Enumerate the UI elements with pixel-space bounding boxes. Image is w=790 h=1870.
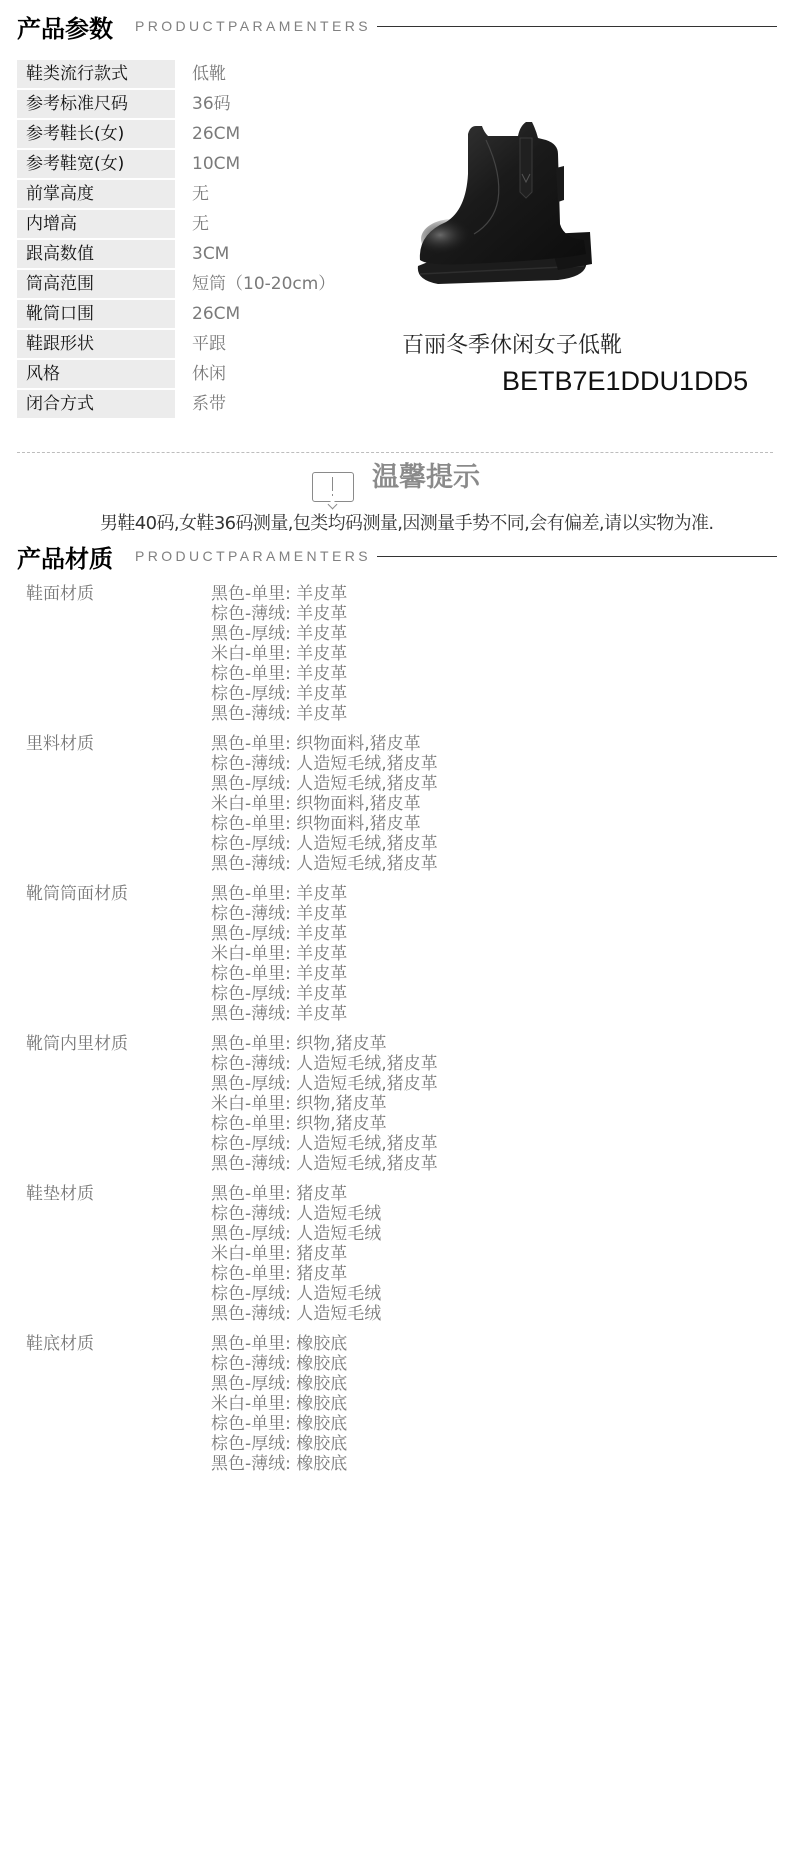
product-name: 百丽冬季休闲女子低靴 bbox=[402, 328, 622, 359]
section-title: 产品参数 bbox=[17, 9, 113, 44]
param-key: 风格 bbox=[17, 360, 175, 388]
material-value: 棕色-单里: 织物,猪皮革 bbox=[211, 1114, 438, 1134]
list-item: 里料材质 黑色-单里: 织物面料,猪皮革 棕色-薄绒: 人造短毛绒,猪皮革 黑色… bbox=[26, 734, 626, 874]
table-row: 参考鞋宽(女)10CM bbox=[17, 150, 377, 178]
material-values: 黑色-单里: 织物面料,猪皮革 棕色-薄绒: 人造短毛绒,猪皮革 黑色-厚绒: … bbox=[211, 734, 438, 874]
material-value: 棕色-薄绒: 羊皮革 bbox=[211, 904, 347, 924]
section-header-params: 产品参数 PRODUCTPARAMENTERS bbox=[17, 8, 777, 44]
material-value: 黑色-薄绒: 人造短毛绒,猪皮革 bbox=[211, 854, 438, 874]
material-label: 鞋底材质 bbox=[26, 1334, 211, 1474]
param-key: 闭合方式 bbox=[17, 390, 175, 418]
notice-title: 温馨提示 bbox=[372, 455, 480, 494]
material-label: 鞋垫材质 bbox=[26, 1184, 211, 1324]
material-value: 棕色-薄绒: 人造短毛绒,猪皮革 bbox=[211, 754, 438, 774]
bubble-tail bbox=[328, 500, 338, 510]
section-title: 产品材质 bbox=[17, 539, 113, 574]
material-value: 棕色-厚绒: 人造短毛绒 bbox=[211, 1284, 381, 1304]
material-value: 黑色-厚绒: 羊皮革 bbox=[211, 924, 347, 944]
param-value: 10CM bbox=[175, 150, 240, 178]
material-label: 靴筒筒面材质 bbox=[26, 884, 211, 1024]
material-value: 棕色-单里: 橡胶底 bbox=[211, 1414, 347, 1434]
table-row: 前掌高度无 bbox=[17, 180, 377, 208]
notice-text: 男鞋40码,女鞋36码测量,包类均码测量,因测量手势不同,会有偏差,请以实物为准… bbox=[100, 509, 714, 535]
section-subtitle: PRODUCTPARAMENTERS bbox=[135, 18, 371, 34]
param-key: 跟高数值 bbox=[17, 240, 175, 268]
material-value: 黑色-厚绒: 人造短毛绒,猪皮革 bbox=[211, 1074, 438, 1094]
list-item: 鞋垫材质 黑色-单里: 猪皮革 棕色-薄绒: 人造短毛绒 黑色-厚绒: 人造短毛… bbox=[26, 1184, 626, 1324]
param-key: 筒高范围 bbox=[17, 270, 175, 298]
material-value: 棕色-薄绒: 羊皮革 bbox=[211, 604, 347, 624]
exclamation-bar bbox=[332, 477, 333, 491]
param-key: 内增高 bbox=[17, 210, 175, 238]
section-subtitle: PRODUCTPARAMENTERS bbox=[135, 548, 371, 564]
material-value: 棕色-薄绒: 人造短毛绒 bbox=[211, 1204, 381, 1224]
section-header-materials: 产品材质 PRODUCTPARAMENTERS bbox=[17, 538, 777, 574]
material-value: 黑色-单里: 织物,猪皮革 bbox=[211, 1034, 438, 1054]
material-value: 黑色-薄绒: 羊皮革 bbox=[211, 704, 347, 724]
material-value: 棕色-厚绒: 人造短毛绒,猪皮革 bbox=[211, 834, 438, 854]
list-item: 靴筒筒面材质 黑色-单里: 羊皮革 棕色-薄绒: 羊皮革 黑色-厚绒: 羊皮革 … bbox=[26, 884, 626, 1024]
table-row: 参考鞋长(女)26CM bbox=[17, 120, 377, 148]
param-value: 3CM bbox=[175, 240, 229, 268]
param-value: 36码 bbox=[175, 90, 231, 118]
boot-icon bbox=[408, 114, 613, 294]
param-key: 靴筒口围 bbox=[17, 300, 175, 328]
material-value: 黑色-单里: 橡胶底 bbox=[211, 1334, 347, 1354]
param-key: 前掌高度 bbox=[17, 180, 175, 208]
param-key: 参考标准尺码 bbox=[17, 90, 175, 118]
list-item: 靴筒内里材质 黑色-单里: 织物,猪皮革 棕色-薄绒: 人造短毛绒,猪皮革 黑色… bbox=[26, 1034, 626, 1174]
param-value: 26CM bbox=[175, 300, 240, 328]
materials-list: 鞋面材质 黑色-单里: 羊皮革 棕色-薄绒: 羊皮革 黑色-厚绒: 羊皮革 米白… bbox=[26, 584, 626, 1484]
material-value: 黑色-薄绒: 羊皮革 bbox=[211, 1004, 347, 1024]
material-value: 棕色-薄绒: 人造短毛绒,猪皮革 bbox=[211, 1054, 438, 1074]
table-row: 参考标准尺码36码 bbox=[17, 90, 377, 118]
param-key: 鞋跟形状 bbox=[17, 330, 175, 358]
product-code: BETB7E1DDU1DD5 bbox=[502, 366, 748, 397]
material-values: 黑色-单里: 橡胶底 棕色-薄绒: 橡胶底 黑色-厚绒: 橡胶底 米白-单里: … bbox=[211, 1334, 347, 1474]
list-item: 鞋面材质 黑色-单里: 羊皮革 棕色-薄绒: 羊皮革 黑色-厚绒: 羊皮革 米白… bbox=[26, 584, 626, 724]
exclamation-speech-bubble-icon bbox=[312, 472, 354, 502]
material-value: 棕色-厚绒: 羊皮革 bbox=[211, 984, 347, 1004]
material-value: 米白-单里: 羊皮革 bbox=[211, 644, 347, 664]
param-key: 参考鞋宽(女) bbox=[17, 150, 175, 178]
params-table: 鞋类流行款式低靴 参考标准尺码36码 参考鞋长(女)26CM 参考鞋宽(女)10… bbox=[17, 60, 377, 420]
param-key: 鞋类流行款式 bbox=[17, 60, 175, 88]
material-value: 黑色-厚绒: 羊皮革 bbox=[211, 624, 347, 644]
material-value: 米白-单里: 猪皮革 bbox=[211, 1244, 381, 1264]
material-value: 棕色-单里: 羊皮革 bbox=[211, 664, 347, 684]
list-item: 鞋底材质 黑色-单里: 橡胶底 棕色-薄绒: 橡胶底 黑色-厚绒: 橡胶底 米白… bbox=[26, 1334, 626, 1474]
material-value: 黑色-单里: 织物面料,猪皮革 bbox=[211, 734, 438, 754]
material-value: 棕色-单里: 羊皮革 bbox=[211, 964, 347, 984]
table-row: 筒高范围短筒（10-20cm） bbox=[17, 270, 377, 298]
param-value: 系带 bbox=[175, 390, 226, 418]
divider bbox=[377, 556, 777, 557]
material-value: 黑色-厚绒: 人造短毛绒,猪皮革 bbox=[211, 774, 438, 794]
table-row: 内增高无 bbox=[17, 210, 377, 238]
material-value: 米白-单里: 织物面料,猪皮革 bbox=[211, 794, 438, 814]
divider bbox=[377, 26, 777, 27]
material-value: 棕色-厚绒: 橡胶底 bbox=[211, 1434, 347, 1454]
material-value: 黑色-薄绒: 人造短毛绒,猪皮革 bbox=[211, 1154, 438, 1174]
material-label: 鞋面材质 bbox=[26, 584, 211, 724]
material-value: 黑色-单里: 羊皮革 bbox=[211, 584, 347, 604]
material-values: 黑色-单里: 织物,猪皮革 棕色-薄绒: 人造短毛绒,猪皮革 黑色-厚绒: 人造… bbox=[211, 1034, 438, 1174]
table-row: 鞋跟形状平跟 bbox=[17, 330, 377, 358]
material-value: 米白-单里: 橡胶底 bbox=[211, 1394, 347, 1414]
material-values: 黑色-单里: 羊皮革 棕色-薄绒: 羊皮革 黑色-厚绒: 羊皮革 米白-单里: … bbox=[211, 584, 347, 724]
material-value: 黑色-厚绒: 橡胶底 bbox=[211, 1374, 347, 1394]
param-value: 26CM bbox=[175, 120, 240, 148]
table-row: 跟高数值3CM bbox=[17, 240, 377, 268]
material-values: 黑色-单里: 猪皮革 棕色-薄绒: 人造短毛绒 黑色-厚绒: 人造短毛绒 米白-… bbox=[211, 1184, 381, 1324]
table-row: 闭合方式系带 bbox=[17, 390, 377, 418]
dashed-divider bbox=[17, 452, 773, 453]
param-value: 休闲 bbox=[175, 360, 226, 388]
material-label: 里料材质 bbox=[26, 734, 211, 874]
param-value: 低靴 bbox=[175, 60, 226, 88]
param-key: 参考鞋长(女) bbox=[17, 120, 175, 148]
material-value: 黑色-单里: 猪皮革 bbox=[211, 1184, 381, 1204]
material-value: 米白-单里: 织物,猪皮革 bbox=[211, 1094, 438, 1114]
table-row: 靴筒口围26CM bbox=[17, 300, 377, 328]
material-value: 棕色-厚绒: 羊皮革 bbox=[211, 684, 347, 704]
product-image bbox=[408, 114, 613, 294]
exclamation-dot bbox=[332, 494, 333, 496]
material-value: 米白-单里: 羊皮革 bbox=[211, 944, 347, 964]
param-value: 无 bbox=[175, 210, 209, 238]
table-row: 风格休闲 bbox=[17, 360, 377, 388]
material-values: 黑色-单里: 羊皮革 棕色-薄绒: 羊皮革 黑色-厚绒: 羊皮革 米白-单里: … bbox=[211, 884, 347, 1024]
material-value: 棕色-单里: 猪皮革 bbox=[211, 1264, 381, 1284]
param-value: 短筒（10-20cm） bbox=[175, 270, 335, 298]
param-value: 平跟 bbox=[175, 330, 226, 358]
material-value: 棕色-厚绒: 人造短毛绒,猪皮革 bbox=[211, 1134, 438, 1154]
material-value: 黑色-厚绒: 人造短毛绒 bbox=[211, 1224, 381, 1244]
table-row: 鞋类流行款式低靴 bbox=[17, 60, 377, 88]
material-label: 靴筒内里材质 bbox=[26, 1034, 211, 1174]
material-value: 黑色-薄绒: 人造短毛绒 bbox=[211, 1304, 381, 1324]
material-value: 棕色-单里: 织物面料,猪皮革 bbox=[211, 814, 438, 834]
param-value: 无 bbox=[175, 180, 209, 208]
material-value: 黑色-薄绒: 橡胶底 bbox=[211, 1454, 347, 1474]
material-value: 棕色-薄绒: 橡胶底 bbox=[211, 1354, 347, 1374]
material-value: 黑色-单里: 羊皮革 bbox=[211, 884, 347, 904]
